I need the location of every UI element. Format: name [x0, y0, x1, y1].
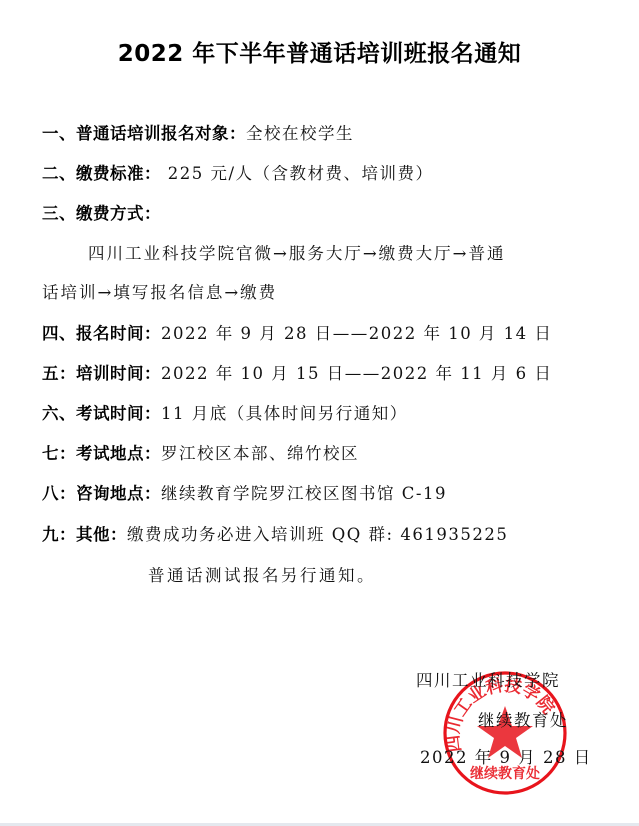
item-label: 六、考试时间：	[42, 404, 161, 423]
item-label: 三、缴费方式：	[42, 204, 161, 223]
item-exam-location: 七：考试地点：罗江校区本部、绵竹校区	[42, 440, 359, 464]
item-value: 罗江校区本部、绵竹校区	[161, 444, 359, 463]
item-value: 2022 年 9 月 28 日——2022 年 10 月 14 日	[161, 324, 552, 343]
item-value: 继续教育学院罗江校区图书馆 C-19	[161, 484, 447, 503]
item-value: 2022 年 10 月 15 日——2022 年 11 月 6 日	[161, 364, 552, 383]
item-value: 缴费成功务必进入培训班 QQ 群: 461935225	[127, 525, 508, 544]
item-value: 全校在校学生	[246, 124, 354, 143]
item-label: 九：其他：	[42, 525, 127, 544]
item-payment-method: 三、缴费方式：	[42, 200, 161, 224]
document-page: 2022 年下半年普通话培训班报名通知 一、普通话培训报名对象：全校在校学生 二…	[0, 0, 639, 823]
payment-method-line-1: 四川工业科技学院官微→服务大厅→缴费大厅→普通	[88, 240, 505, 264]
item-exam-time: 六、考试时间：11 月底（具体时间另行通知）	[42, 400, 408, 424]
item-label: 八：咨询地点：	[42, 484, 161, 503]
item-other: 九：其他：缴费成功务必进入培训班 QQ 群: 461935225	[42, 521, 508, 545]
item-target-audience: 一、普通话培训报名对象：全校在校学生	[42, 120, 354, 144]
item-label: 一、普通话培训报名对象：	[42, 124, 246, 143]
signature-institution: 四川工业科技学院	[416, 667, 560, 691]
item-consult-location: 八：咨询地点：继续教育学院罗江校区图书馆 C-19	[42, 480, 447, 504]
item-label: 四、报名时间：	[42, 324, 161, 343]
payment-method-line-2: 话培训→填写报名信息→缴费	[42, 279, 277, 303]
signature-date: 2022 年 9 月 28 日	[420, 744, 592, 768]
item-registration-time: 四、报名时间：2022 年 9 月 28 日——2022 年 10 月 14 日	[42, 320, 552, 344]
item-label: 二、缴费标准：	[42, 164, 161, 183]
item-value: 225 元/人（含教材费、培训费）	[161, 164, 434, 183]
item-label: 五：培训时间：	[42, 364, 161, 383]
document-title: 2022 年下半年普通话培训班报名通知	[0, 35, 639, 68]
item-label: 七：考试地点：	[42, 444, 161, 463]
item-value: 11 月底（具体时间另行通知）	[161, 404, 408, 423]
item-training-time: 五：培训时间：2022 年 10 月 15 日——2022 年 11 月 6 日	[42, 360, 552, 384]
other-note-line-2: 普通话测试报名另行通知。	[148, 562, 376, 586]
item-fee-standard: 二、缴费标准： 225 元/人（含教材费、培训费）	[42, 160, 434, 184]
signature-department: 继续教育处	[478, 707, 568, 731]
